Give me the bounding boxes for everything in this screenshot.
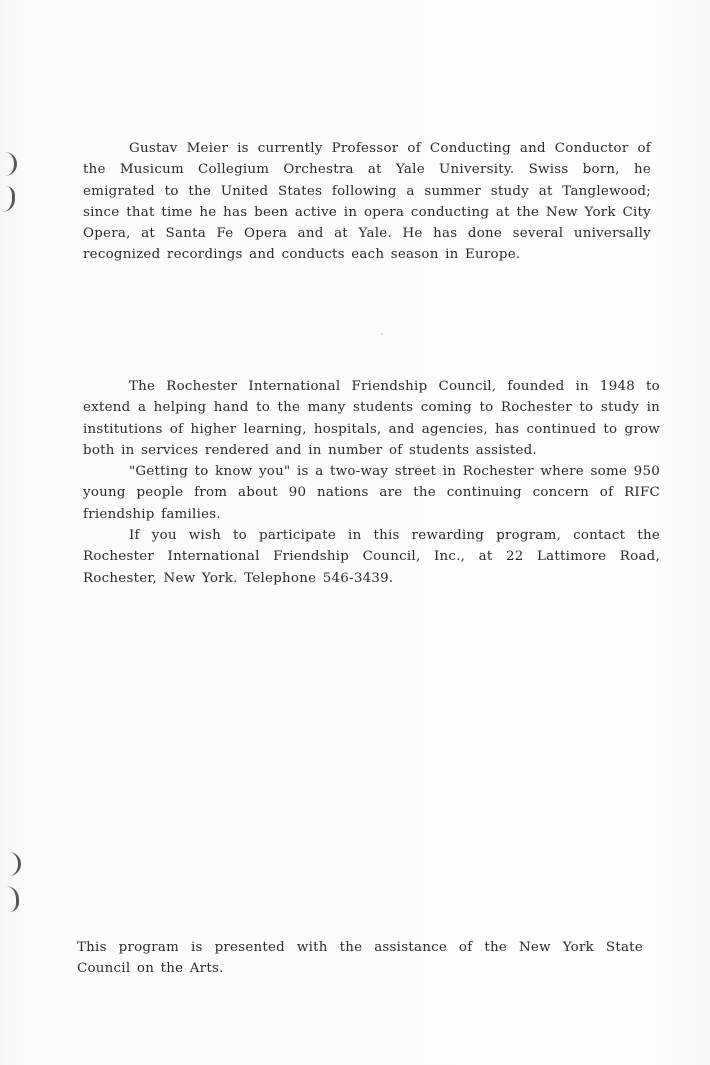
binding-staple-icon <box>2 186 15 212</box>
arts-council-acknowledgement: This program is presented with the assis… <box>77 937 643 980</box>
binding-staple-icon <box>4 152 17 176</box>
friendship-council-section: The Rochester International Friendship C… <box>83 376 660 589</box>
document-page: Gustav Meier is currently Professor of C… <box>0 0 710 1065</box>
paper-speck <box>381 333 383 335</box>
acknowledgement-text: This program is presented with the assis… <box>77 937 643 980</box>
biography-paragraph: Gustav Meier is currently Professor of C… <box>83 138 651 266</box>
conductor-biography: Gustav Meier is currently Professor of C… <box>83 138 651 266</box>
binding-staple-icon <box>6 886 19 912</box>
binding-staple-icon <box>8 852 21 876</box>
council-contact-paragraph: If you wish to participate in this rewar… <box>83 525 660 589</box>
council-history-paragraph: The Rochester International Friendship C… <box>83 376 660 461</box>
council-mission-paragraph: "Getting to know you" is a two-way stree… <box>83 461 660 525</box>
